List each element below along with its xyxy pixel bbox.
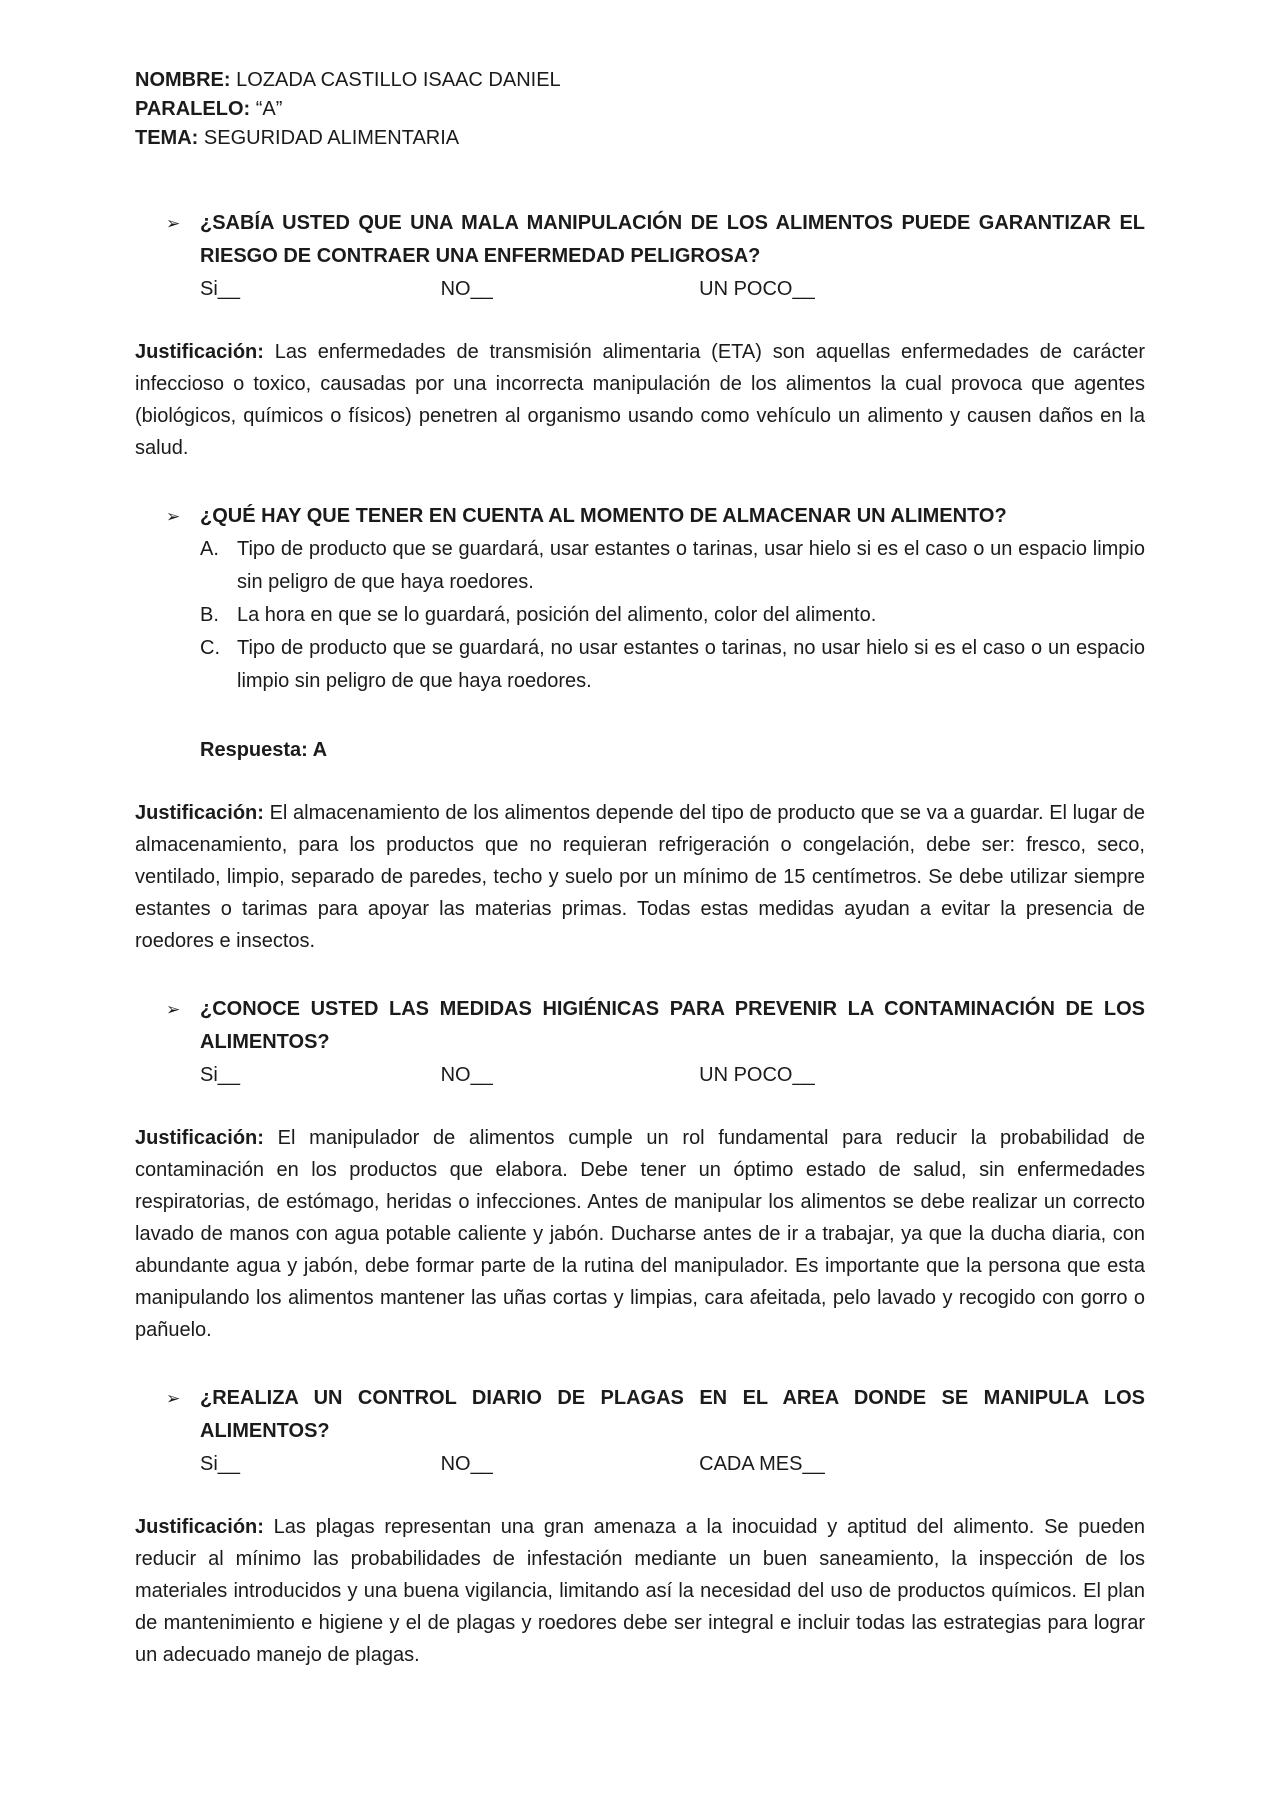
document-header: NOMBRE: LOZADA CASTILLO ISAAC DANIEL PAR…	[135, 66, 1145, 153]
nombre-value: LOZADA CASTILLO ISAAC DANIEL	[236, 69, 561, 91]
question-1-title: ¿SABÍA USTED QUE UNA MALA MANIPULACIÓN D…	[200, 207, 1145, 273]
question-1: ➢ ¿SABÍA USTED QUE UNA MALA MANIPULACIÓN…	[135, 207, 1145, 273]
question-4-title: ¿REALIZA UN CONTROL DIARIO DE PLAGAS EN …	[200, 1382, 1145, 1448]
choice-c-marker: C.	[200, 632, 237, 698]
choice-b-marker: B.	[200, 599, 237, 632]
justification-1-label: Justificación:	[135, 341, 264, 363]
justification-4-label: Justificación:	[135, 1516, 264, 1538]
option-un-poco: UN POCO__	[699, 273, 815, 306]
arrow-bullet-icon: ➢	[135, 993, 200, 1059]
choice-a: A. Tipo de producto que se guardará, usa…	[135, 533, 1145, 599]
choice-c-text: Tipo de producto que se guardará, no usa…	[237, 632, 1145, 698]
document-page: NOMBRE: LOZADA CASTILLO ISAAC DANIEL PAR…	[0, 0, 1280, 1811]
choice-a-text: Tipo de producto que se guardará, usar e…	[237, 533, 1145, 599]
question-3-options: Si__ NO__ UN POCO__	[135, 1059, 1145, 1092]
answer-line: Respuesta: A	[135, 734, 1145, 767]
justification-4-text: Las plagas representan una gran amenaza …	[135, 1516, 1145, 1666]
question-2: ➢ ¿QUÉ HAY QUE TENER EN CUENTA AL MOMENT…	[135, 500, 1145, 533]
justification-1-text: Las enfermedades de transmisión alimenta…	[135, 341, 1145, 459]
question-3-title: ¿CONOCE USTED LAS MEDIDAS HIGIÉNICAS PAR…	[200, 993, 1145, 1059]
header-field-nombre: NOMBRE: LOZADA CASTILLO ISAAC DANIEL	[135, 66, 1145, 95]
header-field-tema: TEMA: SEGURIDAD ALIMENTARIA	[135, 124, 1145, 153]
option-si: Si__	[200, 273, 435, 306]
justification-2: Justificación: El almacenamiento de los …	[135, 797, 1145, 957]
question-1-options: Si__ NO__ UN POCO__	[135, 273, 1145, 306]
question-2-choices: A. Tipo de producto que se guardará, usa…	[135, 533, 1145, 698]
paralelo-label: PARALELO:	[135, 98, 250, 120]
question-4-options: Si__ NO__ CADA MES__	[135, 1448, 1145, 1481]
choice-a-marker: A.	[200, 533, 237, 599]
tema-label: TEMA:	[135, 127, 198, 149]
justification-4: Justificación: Las plagas representan un…	[135, 1511, 1145, 1671]
arrow-bullet-icon: ➢	[135, 500, 200, 533]
justification-3: Justificación: El manipulador de aliment…	[135, 1122, 1145, 1346]
option-no: NO__	[441, 1059, 694, 1092]
arrow-bullet-icon: ➢	[135, 1382, 200, 1448]
justification-3-text: El manipulador de alimentos cumple un ro…	[135, 1127, 1145, 1341]
option-cada-mes: CADA MES__	[699, 1448, 825, 1481]
option-si: Si__	[200, 1448, 435, 1481]
question-4: ➢ ¿REALIZA UN CONTROL DIARIO DE PLAGAS E…	[135, 1382, 1145, 1448]
justification-1: Justificación: Las enfermedades de trans…	[135, 336, 1145, 464]
justification-3-label: Justificación:	[135, 1127, 264, 1149]
justification-2-label: Justificación:	[135, 802, 264, 824]
question-3: ➢ ¿CONOCE USTED LAS MEDIDAS HIGIÉNICAS P…	[135, 993, 1145, 1059]
header-field-paralelo: PARALELO: “A”	[135, 95, 1145, 124]
choice-b: B. La hora en que se lo guardará, posici…	[135, 599, 1145, 632]
option-un-poco: UN POCO__	[699, 1059, 815, 1092]
nombre-label: NOMBRE:	[135, 69, 231, 91]
option-no: NO__	[441, 273, 694, 306]
question-2-title: ¿QUÉ HAY QUE TENER EN CUENTA AL MOMENTO …	[200, 500, 1145, 533]
choice-c: C. Tipo de producto que se guardará, no …	[135, 632, 1145, 698]
paralelo-value: “A”	[256, 98, 283, 120]
tema-value: SEGURIDAD ALIMENTARIA	[204, 127, 459, 149]
arrow-bullet-icon: ➢	[135, 207, 200, 273]
option-no: NO__	[441, 1448, 694, 1481]
option-si: Si__	[200, 1059, 435, 1092]
choice-b-text: La hora en que se lo guardará, posición …	[237, 599, 1145, 632]
justification-2-text: El almacenamiento de los alimentos depen…	[135, 802, 1145, 952]
